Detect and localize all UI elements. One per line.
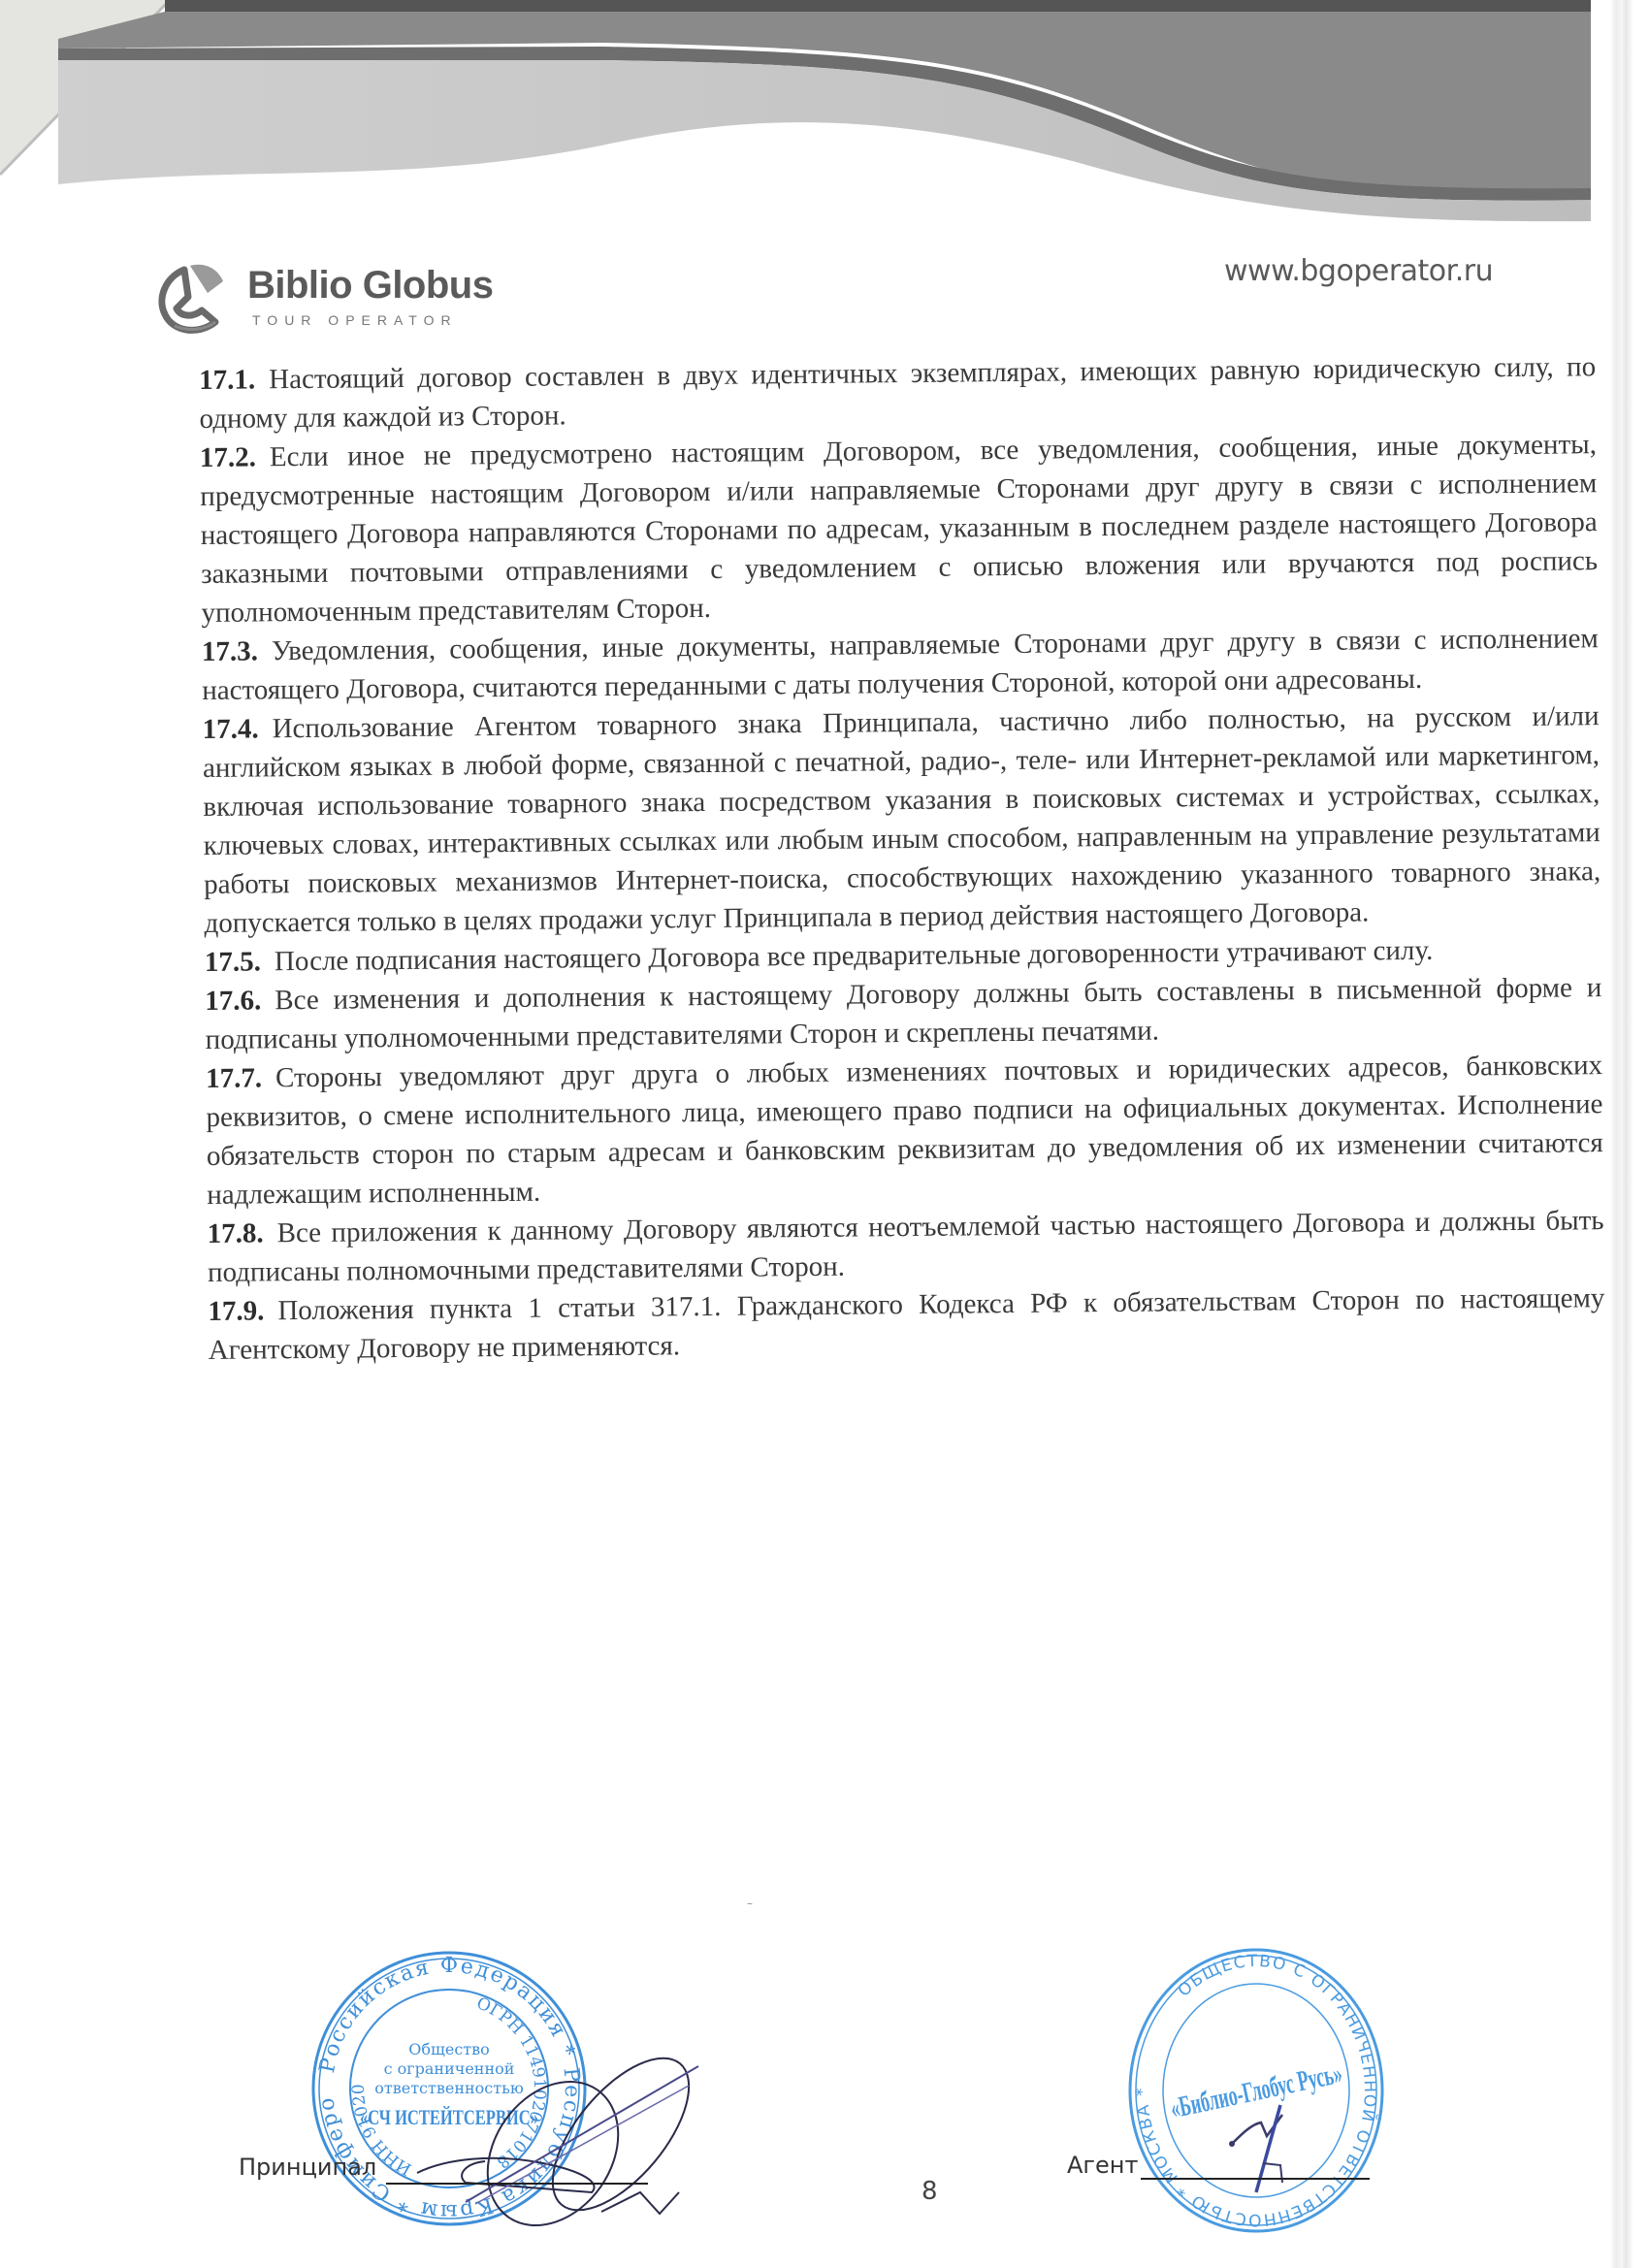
brand-name: Biblio Globus: [247, 264, 493, 308]
biblio-globus-logo-icon: [155, 258, 233, 336]
document-page: Biblio Globus TOUR OPERATOR www.bgoperat…: [0, 0, 1622, 2268]
clause-17-7: 17.7.Стороны уведомляют друг друга о люб…: [206, 1046, 1603, 1215]
clause-text: Положения пункта 1 статьи 317.1. Граждан…: [209, 1282, 1605, 1366]
agent-signature: [1222, 2086, 1329, 2202]
clause-text: Все изменения и дополнения к настоящему …: [206, 972, 1602, 1055]
clause-number: 17.6.: [205, 985, 261, 1017]
clause-17-9: 17.9.Положения пункта 1 статьи 317.1. Гр…: [208, 1279, 1605, 1370]
clause-number: 17.5.: [205, 946, 261, 978]
clause-17-4: 17.4.Использование Агентом товарного зна…: [202, 697, 1600, 943]
clause-text: Если иное не предусмотрено настоящим Дог…: [200, 429, 1598, 629]
scan-speck: ~: [747, 1899, 753, 1910]
clause-text: Использование Агентом товарного знака Пр…: [203, 700, 1600, 939]
clause-17-6: 17.6.Все изменения и дополнения к настоя…: [205, 968, 1602, 1059]
header-wave-graphic: [0, 0, 1649, 223]
clause-17-1: 17.1.Настоящий договор составлен в двух …: [199, 347, 1597, 438]
agent-signature-line: [1141, 2178, 1370, 2180]
contract-clauses: 17.1.Настоящий договор составлен в двух …: [199, 347, 1605, 1370]
clause-text: Уведомления, сообщения, иные документы, …: [202, 623, 1599, 706]
clause-number: 17.1.: [199, 364, 255, 396]
brand-tagline: TOUR OPERATOR: [252, 312, 458, 328]
clause-number: 17.7.: [206, 1062, 262, 1094]
clause-text: Стороны уведомляют друг друга о любых из…: [206, 1050, 1603, 1211]
clause-17-8: 17.8.Все приложения к данному Договору я…: [207, 1201, 1604, 1292]
clause-number: 17.3.: [202, 635, 258, 667]
brand-logo: Biblio Globus TOUR OPERATOR: [155, 258, 563, 345]
clause-text: Настоящий договор составлен в двух идент…: [199, 351, 1596, 435]
principal-signature-line: [386, 2183, 648, 2185]
clause-number: 17.2.: [200, 441, 256, 473]
clause-number: 17.4.: [202, 713, 258, 745]
website-url: www.bgoperator.ru: [1224, 254, 1493, 288]
clause-text: Все приложения к данному Договору являют…: [208, 1205, 1604, 1288]
principal-signature: [407, 2047, 718, 2241]
agent-label: Агент: [1067, 2152, 1138, 2179]
clause-number: 17.9.: [208, 1295, 264, 1327]
clause-17-3: 17.3.Уведомления, сообщения, иные докуме…: [202, 619, 1600, 710]
scan-right-edge: [1610, 0, 1649, 2268]
clause-17-2: 17.2.Если иное не предусмотрено настоящи…: [200, 425, 1599, 632]
page-number: 8: [921, 2177, 938, 2206]
principal-label: Принципал: [239, 2154, 376, 2181]
clause-number: 17.8.: [207, 1217, 263, 1249]
